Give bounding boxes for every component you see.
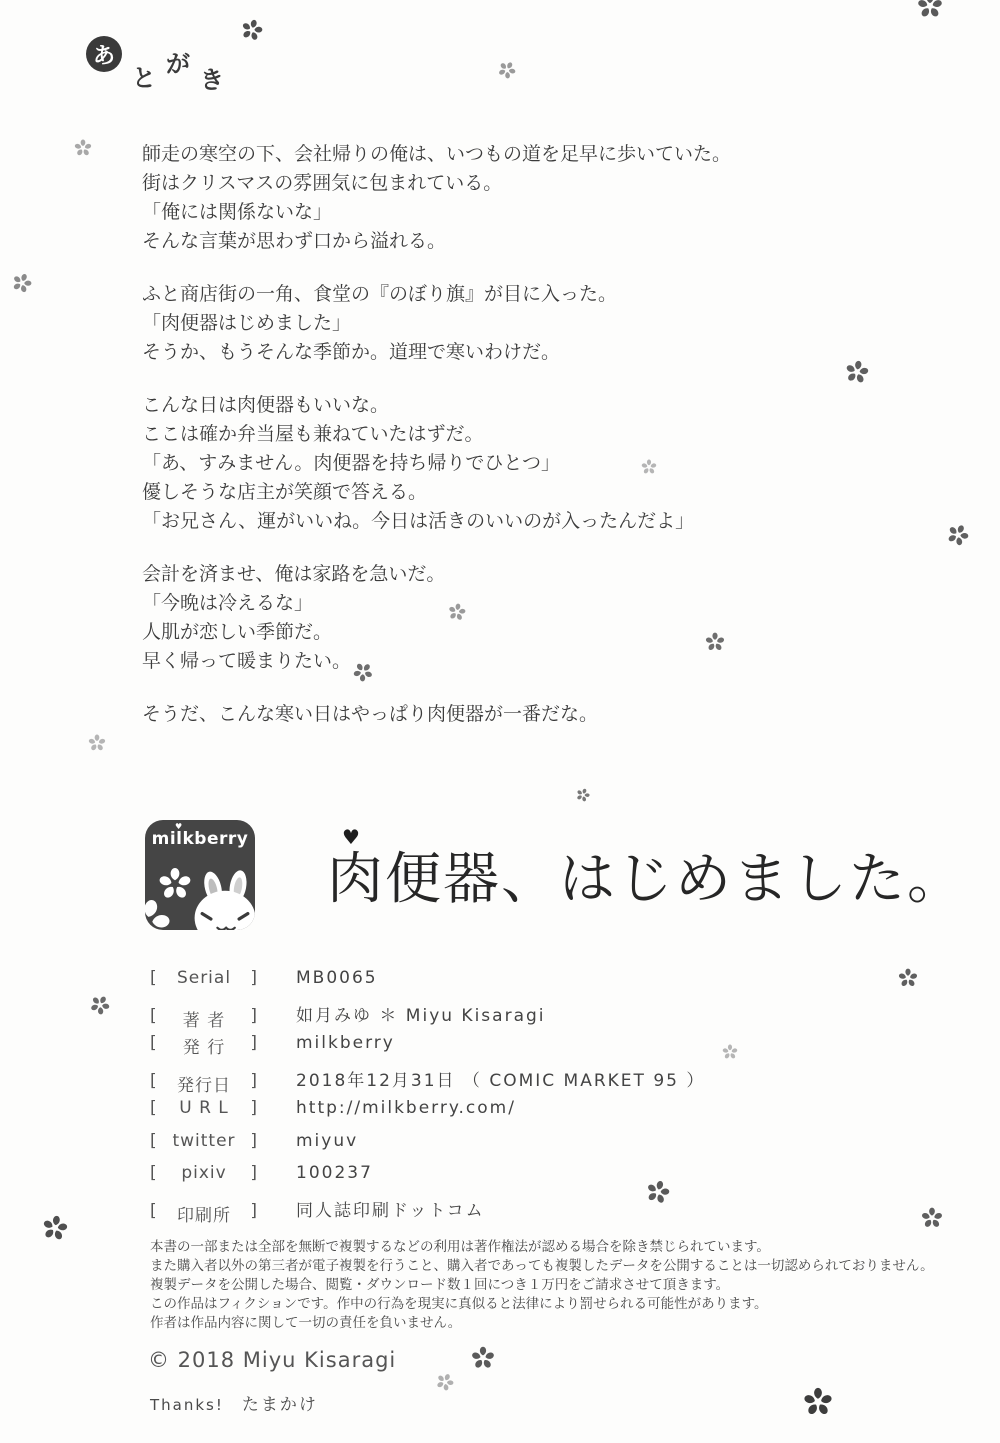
brand-row: ♥ milkberry ♥ 肉便器、はじめました。	[145, 820, 965, 930]
legal-line: 複製データを公開した場合、閲覧・ダウンロード数１回につき１万円をご請求させて頂き…	[150, 1276, 970, 1295]
flower-decoration	[722, 1044, 738, 1060]
colophon-value: 同人誌印刷ドットコム	[296, 1196, 485, 1221]
colophon-value: miyuv	[296, 1131, 358, 1151]
label-text: Serial	[158, 968, 251, 988]
bracket: [	[150, 1006, 158, 1031]
afterword-line: ふと商店街の一角、食堂の『のぼり旗』が目に入った。	[142, 280, 862, 309]
afterword-line: 早く帰って暖まりたい。	[142, 647, 862, 676]
label-text: twitter	[158, 1131, 251, 1151]
heading-char: と	[132, 58, 156, 93]
colophon-label: [U R L]	[150, 1098, 258, 1118]
bracket: ]	[250, 968, 258, 988]
flower-decoration	[917, 0, 943, 19]
afterword-heading: あ と が き	[86, 36, 224, 72]
paragraph: 師走の寒空の下、会社帰りの俺は、いつもの道を足早に歩いていた。街はクリスマスの雰…	[142, 140, 862, 256]
flower-decoration	[9, 270, 35, 296]
book-title-wrap: ♥ 肉便器、はじめました。	[327, 835, 965, 915]
bracket: ]	[250, 1033, 258, 1058]
milkberry-logo: ♥ milkberry	[145, 820, 255, 930]
flower-decoration	[433, 1370, 457, 1394]
colophon-value: 100237	[296, 1163, 373, 1183]
flower-decoration	[574, 786, 592, 804]
flower-decoration	[40, 1213, 70, 1243]
afterword-line: そうか、もうそんな季節か。道理で寒いわけだ。	[142, 338, 862, 367]
flower-decoration	[239, 17, 266, 44]
afterword-line: 優しそうな店主が笑顔で答える。	[142, 478, 862, 507]
flower-decoration	[88, 734, 106, 752]
afterword-page: { "colors": {"ink": "#3a3a3a", "logo_bg"…	[0, 0, 1000, 1443]
afterword-line: 街はクリスマスの雰囲気に包まれている。	[142, 169, 862, 198]
colophon-value: http://milkberry.com/	[296, 1098, 516, 1118]
label-text: U R L	[158, 1098, 251, 1118]
bracket: ]	[250, 1131, 258, 1151]
colophon-row: [発 行]milkberry	[150, 1033, 705, 1066]
colophon-row: [U R L]http://milkberry.com/	[150, 1098, 705, 1131]
flower-decoration	[86, 991, 113, 1018]
flower-decoration	[74, 139, 92, 157]
paragraph: そうだ、こんな寒い日はやっぱり肉便器が一番だな。	[142, 700, 862, 729]
flower-decoration	[943, 520, 972, 549]
paragraph: 会計を済ませ、俺は家路を急いだ。「今晩は冷えるな」人肌が恋しい季節だ。早く帰って…	[142, 560, 862, 676]
colophon-row: [発行日]2018年12月31日 （ COMIC MARKET 95 ）	[150, 1066, 705, 1099]
bunny-icon	[187, 870, 255, 930]
label-text: 印刷所	[158, 1201, 251, 1226]
colophon-label: [著 者]	[150, 1006, 258, 1031]
bracket: ]	[250, 1201, 258, 1226]
colophon-label: [twitter]	[150, 1131, 258, 1151]
colophon-value: MB0065	[296, 968, 378, 988]
flower-decoration	[471, 1346, 495, 1370]
thanks-label: Thanks!	[150, 1396, 224, 1414]
copyright-line: © 2018 Miyu Kisaragi	[148, 1348, 396, 1372]
colophon: [Serial]MB0065[著 者]如月みゆ ＊ Miyu Kisaragi[…	[150, 968, 705, 1228]
afterword-line: 「今晩は冷えるな」	[142, 589, 862, 618]
bracket: ]	[250, 1071, 258, 1096]
colophon-label: [印刷所]	[150, 1201, 258, 1226]
bracket: [	[150, 1033, 158, 1058]
bracket: [	[150, 1163, 158, 1183]
flower-decoration	[803, 1387, 833, 1417]
legal-text: 本書の一部または全部を無断で複製するなどの利用は著作権法が認める場合を除き禁じら…	[150, 1238, 970, 1333]
brand-name: milkberry	[145, 829, 255, 849]
heart-icon: ♥	[342, 825, 360, 849]
afterword-line: 「俺には関係ないな」	[142, 198, 862, 227]
bracket: [	[150, 1098, 158, 1118]
legal-line: また購入者以外の第三者が電子複製を行うこと、購入者であっても複製したデータを公開…	[150, 1257, 970, 1276]
label-text: 発 行	[158, 1033, 251, 1058]
bracket: ]	[250, 1006, 258, 1031]
bracket: ]	[250, 1098, 258, 1118]
legal-line: 本書の一部または全部を無断で複製するなどの利用は著作権法が認める場合を除き禁じら…	[150, 1238, 970, 1257]
flower-decoration	[495, 58, 520, 83]
afterword-line: 「肉便器はじめました」	[142, 309, 862, 338]
colophon-value: milkberry	[296, 1033, 395, 1053]
bracket: [	[150, 1131, 158, 1151]
thanks-line: Thanks!たまかけ	[150, 1390, 318, 1415]
colophon-row: [twitter]miyuv	[150, 1131, 705, 1164]
afterword-line: 会計を済ませ、俺は家路を急いだ。	[142, 560, 862, 589]
colophon-row: [著 者]如月みゆ ＊ Miyu Kisaragi	[150, 1001, 705, 1034]
heading-circle-char: あ	[86, 36, 122, 72]
label-text: pixiv	[158, 1163, 251, 1183]
flower-decoration	[921, 1207, 943, 1229]
bracket: ]	[250, 1163, 258, 1183]
colophon-value: 如月みゆ ＊ Miyu Kisaragi	[296, 1001, 546, 1026]
heading-char: が	[166, 44, 190, 79]
flower-decoration	[898, 968, 918, 988]
afterword-line: そんな言葉が思わず口から溢れる。	[142, 227, 862, 256]
heading-char: き	[200, 60, 224, 95]
flower-decoration	[145, 893, 176, 930]
label-text: 著 者	[158, 1006, 251, 1031]
colophon-label: [発 行]	[150, 1033, 258, 1058]
colophon-value: 2018年12月31日 （ COMIC MARKET 95 ）	[296, 1066, 705, 1091]
colophon-label: [Serial]	[150, 968, 258, 988]
colophon-label: [発行日]	[150, 1071, 258, 1096]
colophon-row: [pixiv]100237	[150, 1163, 705, 1196]
afterword-line: ここは確か弁当屋も兼ねていたはずだ。	[142, 420, 862, 449]
bracket: [	[150, 968, 158, 988]
label-text: 発行日	[158, 1071, 251, 1096]
bracket: [	[150, 1201, 158, 1226]
afterword-line: そうだ、こんな寒い日はやっぱり肉便器が一番だな。	[142, 700, 862, 729]
afterword-line: 「あ、すみません。肉便器を持ち帰りでひとつ」	[142, 449, 862, 478]
colophon-row: [Serial]MB0065	[150, 968, 705, 1001]
bracket: [	[150, 1071, 158, 1096]
book-title: 肉便器、はじめました。	[327, 835, 965, 915]
paragraph: ふと商店街の一角、食堂の『のぼり旗』が目に入った。「肉便器はじめました」そうか、…	[142, 280, 862, 367]
afterword-line: 「お兄さん、運がいいね。今日は活きのいいのが入ったんだよ」	[142, 507, 862, 536]
thanks-value: たまかけ	[242, 1395, 318, 1415]
legal-line: この作品はフィクションです。作中の行為を現実に真似ると法律により罰せられる可能性…	[150, 1295, 970, 1314]
colophon-row: [印刷所]同人誌印刷ドットコム	[150, 1196, 705, 1229]
afterword-line: 人肌が恋しい季節だ。	[142, 618, 862, 647]
afterword-line: 師走の寒空の下、会社帰りの俺は、いつもの道を足早に歩いていた。	[142, 140, 862, 169]
paragraph: こんな日は肉便器もいいな。ここは確か弁当屋も兼ねていたはずだ。「あ、すみません。…	[142, 391, 862, 536]
colophon-label: [pixiv]	[150, 1163, 258, 1183]
afterword-text: 師走の寒空の下、会社帰りの俺は、いつもの道を足早に歩いていた。街はクリスマスの雰…	[142, 140, 862, 753]
legal-line: 作者は作品内容に関して一切の責任を負いません。	[150, 1314, 970, 1333]
afterword-line: こんな日は肉便器もいいな。	[142, 391, 862, 420]
